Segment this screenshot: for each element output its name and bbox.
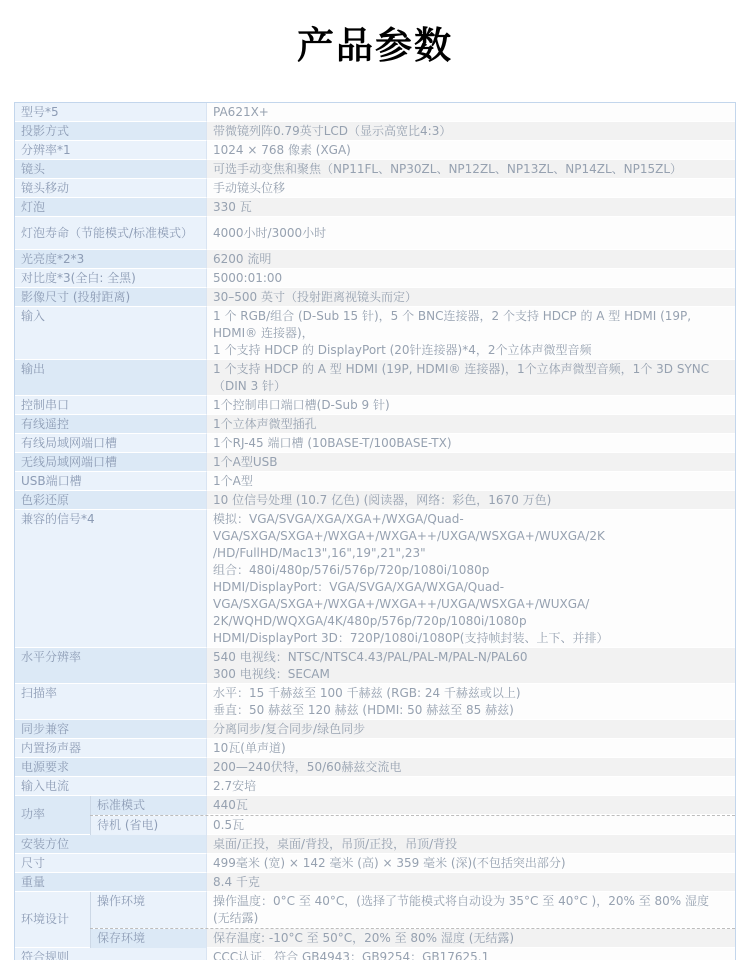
spec-row-group-power: 功率 标准模式 440瓦 待机 (省电) 0.5瓦 <box>15 796 735 835</box>
spec-row: 控制串口 1个控制串口端口槽(D-Sub 9 针) <box>15 396 735 415</box>
spec-value: 操作温度：0°C 至 40°C，(选择了节能模式将自动设为 35°C 至 40°… <box>207 892 735 928</box>
spec-value: 模拟：VGA/SVGA/XGA/XGA+/WXGA/Quad- VGA/SXGA… <box>207 510 735 648</box>
spec-value: 分离同步/复合同步/绿色同步 <box>207 720 735 739</box>
spec-value: 可选手动变焦和聚焦（NP11FL、NP30ZL、NP12ZL、NP13ZL、NP… <box>207 160 735 179</box>
spec-value: 30–500 英寸（投射距离视镜头而定） <box>207 288 735 307</box>
spec-label: 内置扬声器 <box>15 739 207 758</box>
spec-row: 镜头 可选手动变焦和聚焦（NP11FL、NP30ZL、NP12ZL、NP13ZL… <box>15 160 735 179</box>
spec-label: 兼容的信号*4 <box>15 510 207 648</box>
spec-value: PA621X+ <box>207 103 735 122</box>
spec-value: 1个A型 <box>207 472 735 491</box>
spec-row: 符合规则 CCC认证，符合 GB4943；GB9254；GB17625.1 <box>15 948 735 960</box>
spec-row: 有线遥控 1个立体声微型插孔 <box>15 415 735 434</box>
spec-sublabel: 操作环境 <box>90 892 207 928</box>
spec-row: 尺寸 499毫米 (宽) × 142 毫米 (高) × 359 毫米 (深)(不… <box>15 854 735 873</box>
spec-value: 保存温度: -10°C 至 50°C，20% 至 80% 湿度 (无结露) <box>207 929 735 948</box>
spec-label: 影像尺寸 (投射距离) <box>15 288 207 307</box>
spec-label: 色彩还原 <box>15 491 207 510</box>
spec-value: 200—240伏特，50/60赫兹交流电 <box>207 758 735 777</box>
spec-row: 投影方式 带微镜列阵0.79英寸LCD（显示高宽比4:3） <box>15 122 735 141</box>
spec-group-label: 功率 <box>15 796 90 835</box>
spec-value: 440瓦 <box>207 796 735 815</box>
spec-label: 型号*5 <box>15 103 207 122</box>
spec-label: 电源要求 <box>15 758 207 777</box>
spec-row: 输入电流 2.7安培 <box>15 777 735 796</box>
spec-sublabel: 标准模式 <box>90 796 207 815</box>
spec-label: 输出 <box>15 360 207 396</box>
spec-row: 对比度*3(全白: 全黑) 5000:01:00 <box>15 269 735 288</box>
spec-label: 光亮度*2*3 <box>15 250 207 269</box>
spec-row: 输出 1 个支持 HDCP 的 A 型 HDMI (19P, HDMI® 连接器… <box>15 360 735 396</box>
spec-row: 内置扬声器 10瓦(单声道) <box>15 739 735 758</box>
spec-subrow: 操作环境 操作温度：0°C 至 40°C，(选择了节能模式将自动设为 35°C … <box>90 892 735 928</box>
spec-label: 水平分辨率 <box>15 648 207 684</box>
spec-value: 带微镜列阵0.79英寸LCD（显示高宽比4:3） <box>207 122 735 141</box>
spec-label: 同步兼容 <box>15 720 207 739</box>
spec-label: 符合规则 <box>15 948 207 960</box>
spec-value: 10 位信号处理 (10.7 亿色) (阅读器，网络：彩色，1670 万色) <box>207 491 735 510</box>
spec-value: 10瓦(单声道) <box>207 739 735 758</box>
spec-value: 1个控制串口端口槽(D-Sub 9 针) <box>207 396 735 415</box>
spec-value: 1个立体声微型插孔 <box>207 415 735 434</box>
spec-subrow: 保存环境 保存温度: -10°C 至 50°C，20% 至 80% 湿度 (无结… <box>90 928 735 948</box>
spec-value: 1个A型USB <box>207 453 735 472</box>
spec-group-label: 环境设计 <box>15 892 90 948</box>
spec-row: 无线局域网端口槽 1个A型USB <box>15 453 735 472</box>
spec-row: 水平分辨率 540 电视线：NTSC/NTSC4.43/PAL/PAL-M/PA… <box>15 648 735 684</box>
spec-row: 影像尺寸 (投射距离) 30–500 英寸（投射距离视镜头而定） <box>15 288 735 307</box>
spec-label: 输入 <box>15 307 207 360</box>
spec-sublabel: 待机 (省电) <box>90 816 207 835</box>
spec-row: 重量 8.4 千克 <box>15 873 735 892</box>
spec-label: 灯泡寿命（节能模式/标准模式） <box>15 217 207 250</box>
spec-label: 控制串口 <box>15 396 207 415</box>
spec-row: 色彩还原 10 位信号处理 (10.7 亿色) (阅读器，网络：彩色，1670 … <box>15 491 735 510</box>
spec-value: 0.5瓦 <box>207 816 735 835</box>
spec-subrow: 标准模式 440瓦 <box>90 796 735 815</box>
spec-value: CCC认证，符合 GB4943；GB9254；GB17625.1 <box>207 948 735 960</box>
spec-value: 水平：15 千赫兹至 100 千赫兹 (RGB: 24 千赫兹或以上) 垂直：5… <box>207 684 735 720</box>
spec-table: 型号*5 PA621X+ 投影方式 带微镜列阵0.79英寸LCD（显示高宽比4:… <box>14 102 736 960</box>
spec-row: 镜头移动 手动镜头位移 <box>15 179 735 198</box>
spec-row: 型号*5 PA621X+ <box>15 103 735 122</box>
spec-label: 投影方式 <box>15 122 207 141</box>
spec-value: 499毫米 (宽) × 142 毫米 (高) × 359 毫米 (深)(不包括突… <box>207 854 735 873</box>
spec-label: 镜头移动 <box>15 179 207 198</box>
spec-row: 扫描率 水平：15 千赫兹至 100 千赫兹 (RGB: 24 千赫兹或以上) … <box>15 684 735 720</box>
page-title: 产品参数 <box>0 20 750 72</box>
spec-value: 4000小时/3000小时 <box>207 217 735 250</box>
spec-row: 同步兼容 分离同步/复合同步/绿色同步 <box>15 720 735 739</box>
spec-row: 分辨率*1 1024 × 768 像素 (XGA) <box>15 141 735 160</box>
spec-label: 有线遥控 <box>15 415 207 434</box>
spec-value: 2.7安培 <box>207 777 735 796</box>
spec-row: 安装方位 桌面/正投，桌面/背投，吊顶/正投，吊顶/背投 <box>15 835 735 854</box>
spec-value: 540 电视线：NTSC/NTSC4.43/PAL/PAL-M/PAL-N/PA… <box>207 648 735 684</box>
spec-label: 输入电流 <box>15 777 207 796</box>
spec-row: 灯泡寿命（节能模式/标准模式） 4000小时/3000小时 <box>15 217 735 250</box>
spec-value: 1024 × 768 像素 (XGA) <box>207 141 735 160</box>
spec-label: 尺寸 <box>15 854 207 873</box>
spec-subrow: 待机 (省电) 0.5瓦 <box>90 815 735 835</box>
spec-value: 1个RJ-45 端口槽 (10BASE-T/100BASE-TX) <box>207 434 735 453</box>
spec-label: 扫描率 <box>15 684 207 720</box>
spec-row: 兼容的信号*4 模拟：VGA/SVGA/XGA/XGA+/WXGA/Quad- … <box>15 510 735 648</box>
spec-label: 对比度*3(全白: 全黑) <box>15 269 207 288</box>
spec-sublabel: 保存环境 <box>90 929 207 948</box>
spec-row-group-environment: 环境设计 操作环境 操作温度：0°C 至 40°C，(选择了节能模式将自动设为 … <box>15 892 735 948</box>
spec-row: 灯泡 330 瓦 <box>15 198 735 217</box>
spec-label: 安装方位 <box>15 835 207 854</box>
spec-label: 重量 <box>15 873 207 892</box>
spec-value: 8.4 千克 <box>207 873 735 892</box>
spec-value: 1 个 RGB/组合 (D-Sub 15 针)，5 个 BNC连接器，2 个支持… <box>207 307 735 360</box>
spec-value: 桌面/正投，桌面/背投，吊顶/正投，吊顶/背投 <box>207 835 735 854</box>
spec-label: 镜头 <box>15 160 207 179</box>
spec-value: 5000:01:00 <box>207 269 735 288</box>
spec-label: 有线局域网端口槽 <box>15 434 207 453</box>
spec-row: USB端口槽 1个A型 <box>15 472 735 491</box>
spec-label: USB端口槽 <box>15 472 207 491</box>
spec-label: 灯泡 <box>15 198 207 217</box>
spec-value: 6200 流明 <box>207 250 735 269</box>
spec-row: 光亮度*2*3 6200 流明 <box>15 250 735 269</box>
spec-row: 输入 1 个 RGB/组合 (D-Sub 15 针)，5 个 BNC连接器，2 … <box>15 307 735 360</box>
spec-value: 手动镜头位移 <box>207 179 735 198</box>
spec-row: 电源要求 200—240伏特，50/60赫兹交流电 <box>15 758 735 777</box>
spec-label: 无线局域网端口槽 <box>15 453 207 472</box>
spec-value: 1 个支持 HDCP 的 A 型 HDMI (19P, HDMI® 连接器)，1… <box>207 360 735 396</box>
spec-row: 有线局域网端口槽 1个RJ-45 端口槽 (10BASE-T/100BASE-T… <box>15 434 735 453</box>
spec-value: 330 瓦 <box>207 198 735 217</box>
spec-label: 分辨率*1 <box>15 141 207 160</box>
